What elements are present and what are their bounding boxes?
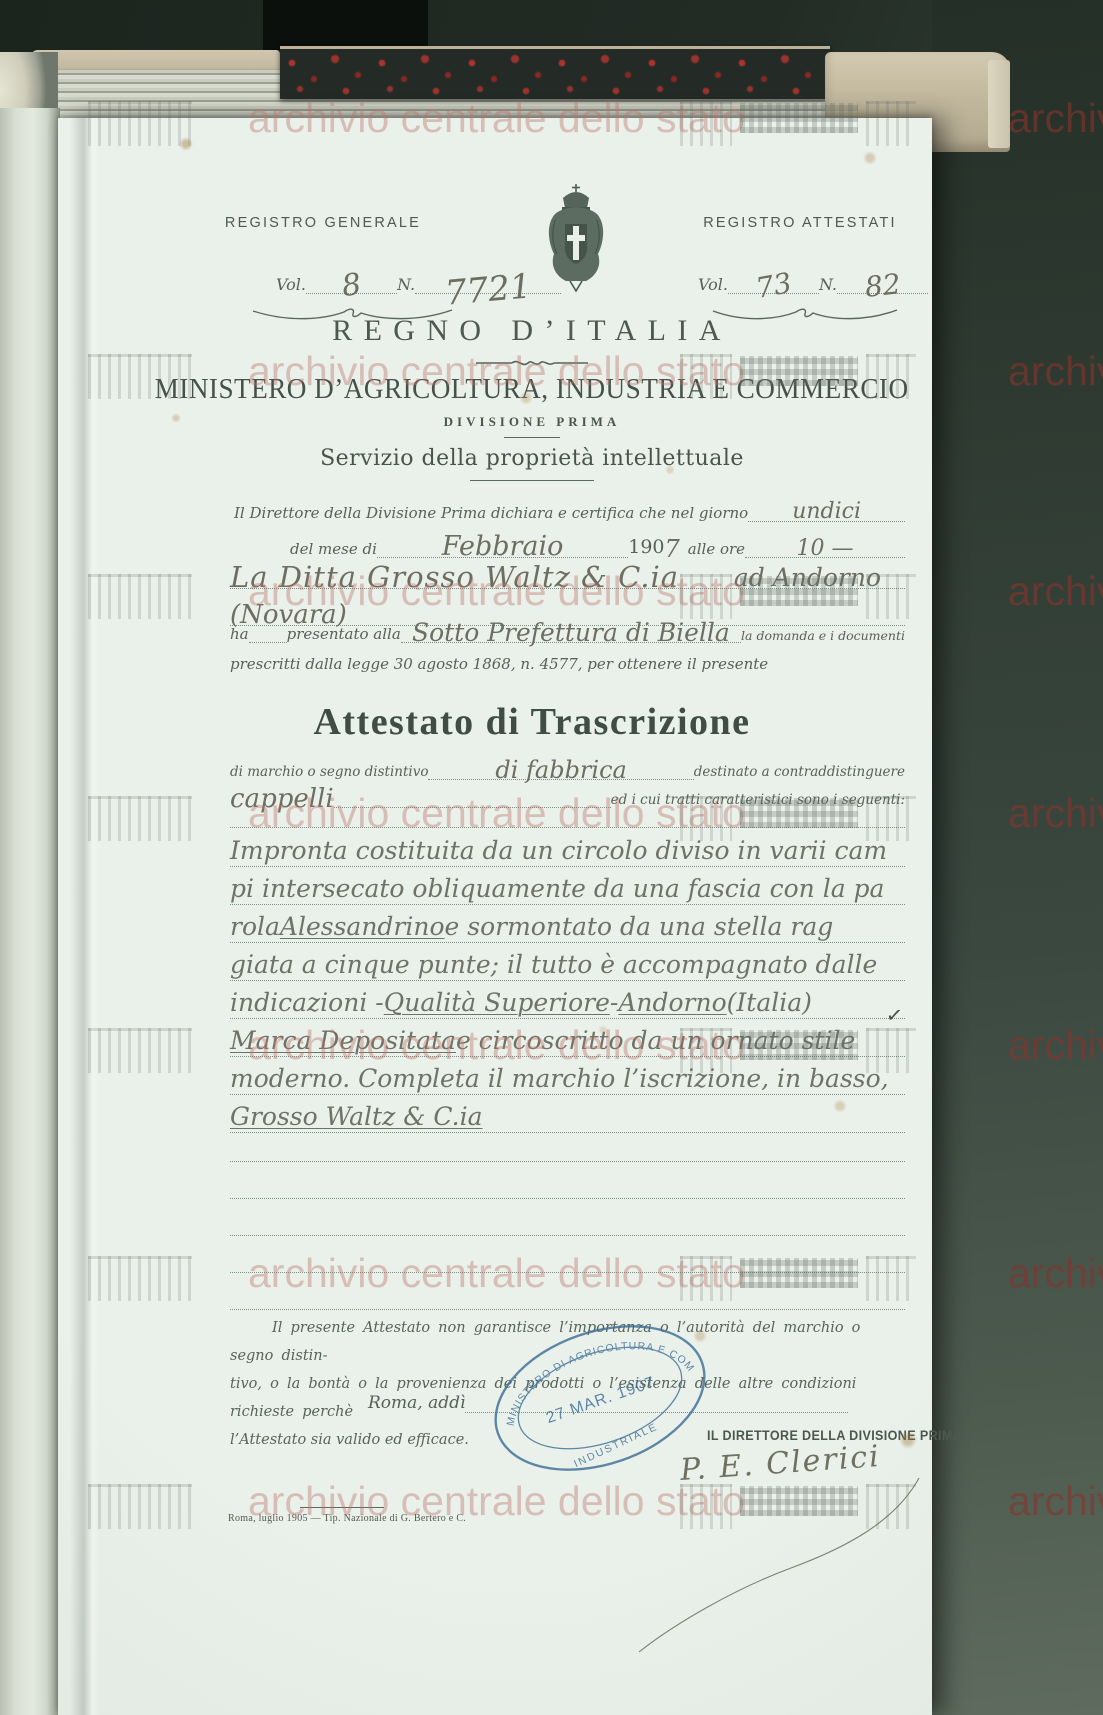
n-label: N. [397,275,415,294]
destination-print: destinato a contraddistinguere [694,764,905,780]
ministry-title-wrap: MINISTERO D’AGRICOLTURA, INDUSTRIA E COM… [95,374,969,406]
request-print: la domanda e i documenti [741,628,905,643]
declaration-line-prefecture: ha presentato alla Sotto Prefettura di B… [230,618,905,643]
imprint-rule [300,1507,384,1508]
division-title: DIVISIONE PRIMA [132,414,932,430]
firm-handwritten: La Ditta Grosso Waltz & C.ia [230,566,679,588]
certificate-page: REGISTRO GENERALE Vol. 8 N. 7721 REGISTR… [58,118,932,1715]
binding-tape [988,60,1010,148]
day-handwritten: undici [792,503,861,521]
description-text: giata a cinque punte; il tutto è accompa… [230,950,877,980]
vol-value-handwritten: 8 [341,278,362,295]
marbled-cover-strip [280,46,830,99]
description-text: indicazioni - [230,988,384,1018]
law-reference-print: prescritti dalla legge 30 agosto 1868, n… [230,655,768,673]
description-handwritten-line: pi intersecato obliquamente da una fasci… [230,867,905,905]
description-underlined-text: Qualità Superiore [384,988,610,1018]
ruled-line-empty [230,1273,905,1310]
n-value-handwritten: 7721 [444,279,531,300]
background-right [932,0,1103,1715]
stamp-date: 27 MAR. 1907 [544,1374,658,1427]
mark-type-print: di marchio o segno distintivo [230,764,428,780]
presented-print: presentato alla [287,625,401,643]
traits-print: ed i cui tratti caratteristici sono i se… [611,792,905,808]
month-handwritten: Febbraio [442,537,564,557]
description-underlined-text: Alessandrino [280,912,445,942]
mark-type-line: di marchio o segno distintivo di fabbric… [230,760,905,780]
signature-flourish [633,1470,933,1660]
n-label: N. [819,275,837,294]
short-rule [504,437,560,438]
product-line: cappelli ed i cui tratti caratteristici … [230,788,905,808]
description-handwritten-line: moderno. Completa il marchio l’iscrizion… [230,1057,905,1095]
kingdom-title: REGNO D’ITALIA [132,314,932,348]
month-label-print: del mese di [290,540,377,558]
registro-generale-label: REGISTRO GENERALE [213,215,433,231]
director-title: IL DIRETTORE DELLA DIVISIONE PRIMA [707,1428,962,1443]
description-text: pi intersecato obliquamente da una fasci… [230,874,884,904]
vol-value-handwritten: 73 [755,276,793,296]
svg-text:MINISTERO DI AGRICOLTURA E COM: MINISTERO DI AGRICOLTURA E COMM. [467,1290,698,1443]
scanned-register-photo: REGISTRO GENERALE Vol. 8 N. 7721 REGISTR… [0,0,1103,1715]
description-handwritten-line: Impronta costituita da un circolo diviso… [230,829,905,867]
stamp-top-text: MINISTERO DI AGRICOLTURA E COMM. [467,1290,698,1443]
declaration-intro-print: Il Direttore della Divisione Prima dichi… [234,504,748,522]
short-rule [470,480,594,481]
page-crease [70,118,100,1715]
registro-attestati-label: REGISTRO ATTESTATI [690,215,910,231]
registro-generale-numbers: Vol. 8 N. 7721 [276,248,561,294]
declaration-line-date: del mese di Febbraio 190 7 alle ore 10 — [290,530,905,558]
registro-attestati-numbers: Vol. 73 N. 82 [698,248,928,294]
page-gutter-left [0,108,60,1715]
hour-handwritten: 10 — [797,540,854,557]
attestato-title: Attestato di Trascrizione [132,700,932,744]
year-handwritten: 7 [665,540,680,558]
description-handwritten-line: Marca Depositata e circoscritto da un or… [230,1019,905,1057]
hour-label-print: alle ore [688,540,745,558]
printer-imprint: Roma, luglio 1905 — Tip. Nazionale di G.… [228,1513,466,1524]
description-underlined-text: Marca Depositata [230,1026,456,1056]
description-text: moderno. Completa il marchio l’iscrizion… [230,1064,889,1094]
book-top-edge [25,36,1010,128]
prefecture-handwritten: Sotto Prefettura di Biella [412,623,730,642]
description-text: e sormontato da una stella rag [445,912,834,942]
ministry-title: MINISTERO D’AGRICOLTURA, INDUSTRIA E COM… [155,374,909,406]
empty-ruled-lines [230,1125,905,1310]
ha-print: ha [230,625,249,643]
ruled-line-empty [230,1199,905,1236]
description-text: (Italia) [727,988,812,1018]
vol-label: Vol. [276,275,306,294]
archivist-checkmark: ✓ [885,1002,904,1029]
description-handwritten-line: indicazioni - Qualità Superiore - Andorn… [230,981,905,1019]
ruled-line-empty [230,1162,905,1199]
declaration-line-firm: La Ditta Grosso Waltz & C.ia ad Andorno [230,560,905,589]
service-title: Servizio della proprietà intellettuale [132,446,932,471]
mark-type-handwritten: di fabbrica [495,762,626,779]
year-print: 190 [628,536,664,558]
description-handwritten-line: rola Alessandrino e sormontato da una st… [230,905,905,943]
scroll-divider-ornament [474,356,590,370]
vol-label: Vol. [698,275,728,294]
description-underlined-text: Andorno [618,988,726,1018]
n-value-handwritten: 82 [864,277,901,295]
ruled-line-empty [230,1125,905,1162]
description-text: e circoscritto da un ornato stile [456,1026,855,1056]
declaration-line-day: Il Direttore della Divisione Prima dichi… [234,498,905,522]
savoy-coat-of-arms [540,182,612,294]
description-handwritten-line: giata a cinque punte; il tutto è accompa… [230,943,905,981]
place-date-print: Roma, addì [368,1393,465,1413]
ruled-line-empty [230,814,905,828]
place-handwritten: ad Andorno [734,568,881,588]
product-handwritten: cappelli [230,790,334,808]
mark-description-block: Impronta costituita da un circolo diviso… [230,829,905,1133]
description-text: Impronta costituita da un circolo diviso… [230,836,887,866]
ruled-line-empty [230,1236,905,1273]
description-text: rola [230,912,280,942]
